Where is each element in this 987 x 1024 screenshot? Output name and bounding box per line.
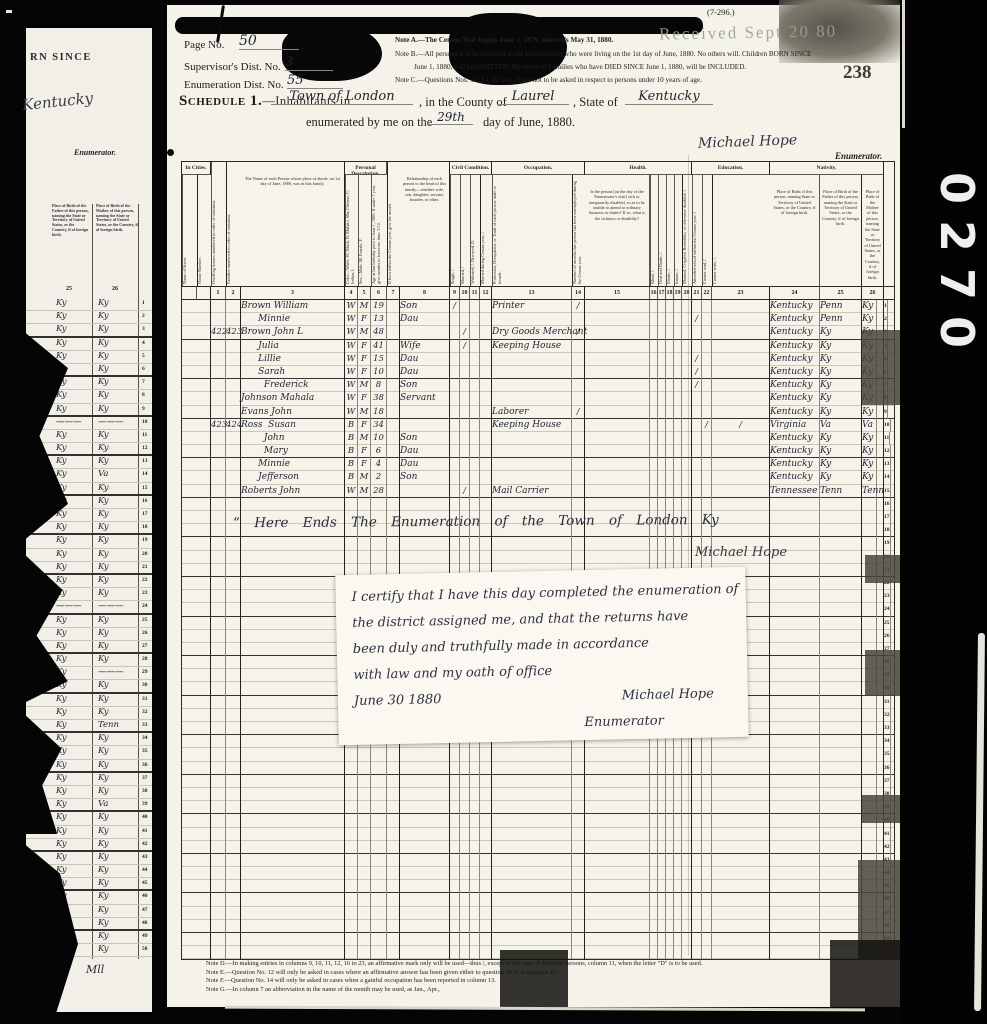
table-cell: [650, 801, 658, 814]
table-cell: [387, 326, 400, 339]
left-col25-number: 25: [66, 286, 72, 292]
table-cell: [674, 498, 682, 511]
table-row: 423424Ross SusanBF34Keeping House//Virgi…: [182, 419, 894, 432]
table-cell: [241, 590, 345, 603]
table-cell: [650, 920, 658, 933]
table-cell: [650, 419, 658, 432]
left-page-row: KyTenn33: [26, 720, 152, 733]
table-cell: [692, 893, 702, 906]
column-header: If born within the Census year, give the…: [387, 162, 400, 286]
table-cell: [862, 617, 884, 630]
table-cell: [692, 748, 702, 761]
left-page-cell: Ky: [98, 298, 136, 311]
table-cell: [480, 445, 492, 458]
left-row-number: 10: [142, 419, 148, 425]
left-row-number: 6: [142, 366, 145, 372]
table-cell: 423: [226, 326, 241, 339]
table-row: 46: [182, 893, 894, 906]
table-cell: [226, 788, 241, 801]
table-cell: [585, 326, 650, 339]
table-cell: M: [358, 485, 371, 498]
table-cell: [211, 577, 226, 590]
left-page-cell: Ky: [56, 615, 90, 628]
table-cell: [387, 366, 400, 379]
table-cell: [226, 801, 241, 814]
table-cell: Ky: [862, 406, 884, 419]
table-cell: [572, 814, 585, 827]
table-row: 41: [182, 828, 894, 841]
table-cell: [470, 893, 480, 906]
left-row-number: 25: [142, 617, 148, 623]
table-cell: /: [460, 340, 470, 353]
table-cell: [400, 788, 450, 801]
table-row: 20: [182, 551, 894, 564]
table-cell: [862, 537, 884, 550]
table-cell: [460, 406, 470, 419]
table-cell: [585, 366, 650, 379]
table-cell: Kentucky: [770, 445, 820, 458]
table-cell: [674, 471, 682, 484]
table-cell: [460, 471, 470, 484]
table-cell: Virginia: [770, 419, 820, 432]
table-cell: [702, 828, 712, 841]
table-cell: [702, 471, 712, 484]
table-cell: [470, 326, 480, 339]
table-cell: [460, 828, 470, 841]
row-number: 11: [884, 432, 890, 445]
table-cell: [572, 340, 585, 353]
table-cell: [820, 867, 862, 880]
table-cell: [862, 590, 884, 603]
column-number: 13: [492, 287, 572, 299]
table-cell: [345, 920, 358, 933]
table-cell: [197, 643, 211, 656]
table-cell: Ky: [820, 392, 862, 405]
column-header: Age at last birthday prior to June 1, 18…: [371, 175, 387, 286]
enumerator-signature: Michael Hope: [698, 132, 798, 151]
left-row-number: 44: [142, 867, 148, 873]
table-row: 422423Brown John LWM48/Dry Goods Merchan…: [182, 326, 894, 339]
table-cell: [480, 340, 492, 353]
table-cell: Va: [862, 419, 884, 432]
column-number: 19: [674, 287, 682, 299]
table-cell: [387, 313, 400, 326]
table-cell: [770, 933, 820, 946]
table-cell: [226, 867, 241, 880]
table-cell: [674, 907, 682, 920]
table-cell: F: [358, 353, 371, 366]
table-cell: F: [358, 392, 371, 405]
ink-dot: [167, 149, 174, 156]
table-cell: Dry Goods Merchant: [492, 326, 572, 339]
left-page-cell: Ky: [98, 562, 136, 575]
table-cell: [241, 867, 345, 880]
table-cell: [358, 762, 371, 775]
table-cell: [770, 590, 820, 603]
table-cell: [692, 801, 702, 814]
table-cell: [692, 788, 702, 801]
table-cell: [682, 366, 692, 379]
table-cell: [770, 854, 820, 867]
left-page-row: KyKy20: [26, 549, 152, 562]
table-cell: [460, 498, 470, 511]
table-row: JeffersonBM2SonKentuckyKyKy14: [182, 471, 894, 484]
table-cell: F: [358, 419, 371, 432]
table-cell: [572, 551, 585, 564]
table-cell: [702, 854, 712, 867]
table-cell: [480, 471, 492, 484]
table-cell: [585, 392, 650, 405]
table-cell: [692, 498, 702, 511]
table-cell: [480, 867, 492, 880]
table-cell: [820, 590, 862, 603]
table-cell: M: [358, 471, 371, 484]
table-cell: [658, 313, 666, 326]
left-row-number: 31: [142, 696, 148, 702]
left-row-number: 48: [142, 920, 148, 926]
left-row-number: 36: [142, 762, 148, 768]
table-cell: [345, 801, 358, 814]
table-cell: [712, 880, 770, 893]
table-cell: Dau: [400, 458, 450, 471]
table-cell: [197, 353, 211, 366]
table-cell: Ky: [820, 379, 862, 392]
table-cell: [666, 828, 674, 841]
table-cell: [572, 762, 585, 775]
table-cell: [211, 788, 226, 801]
column-number: 22: [702, 287, 712, 299]
table-cell: [387, 814, 400, 827]
column-header: Married during Census year, /.: [480, 175, 492, 286]
table-cell: [702, 814, 712, 827]
state-value: Kentucky: [625, 89, 713, 105]
table-cell: [226, 340, 241, 353]
table-cell: [492, 458, 572, 471]
table-cell: [197, 696, 211, 709]
table-cell: [820, 643, 862, 656]
table-cell: Kentucky: [770, 471, 820, 484]
table-cell: [770, 603, 820, 616]
left-page-cell: ———: [56, 601, 90, 614]
table-cell: [658, 907, 666, 920]
left-page-cell: Ky: [98, 694, 136, 707]
table-cell: [658, 537, 666, 550]
table-cell: [712, 867, 770, 880]
table-cell: [387, 419, 400, 432]
table-cell: [585, 841, 650, 854]
table-cell: [572, 379, 585, 392]
left-page-cell: Ky: [56, 311, 90, 324]
table-cell: [358, 867, 371, 880]
table-cell: Wife: [400, 340, 450, 353]
table-cell: [674, 432, 682, 445]
left-row-number: 26: [142, 630, 148, 636]
column-number: 9: [450, 287, 460, 299]
table-cell: [712, 379, 770, 392]
table-cell: [480, 748, 492, 761]
table-cell: [650, 828, 658, 841]
table-cell: [470, 828, 480, 841]
table-cell: [460, 313, 470, 326]
table-cell: [674, 419, 682, 432]
left-row-number: 3: [142, 326, 145, 332]
left-row-number: 5: [142, 353, 145, 359]
table-cell: [371, 537, 387, 550]
table-cell: [492, 920, 572, 933]
supervisors-dist-label: Supervisor's Dist. No.: [184, 61, 281, 73]
table-cell: [226, 458, 241, 471]
left-page-cell: Ky: [56, 535, 90, 548]
table-cell: [211, 775, 226, 788]
table-cell: [674, 748, 682, 761]
column-header: Idiotic, /.: [666, 175, 674, 286]
left-page-cell: Ky: [56, 760, 90, 773]
table-cell: [692, 485, 702, 498]
table-cell: W: [345, 326, 358, 339]
table-cell: [712, 498, 770, 511]
left-row-number: 37: [142, 775, 148, 781]
table-cell: [197, 577, 211, 590]
table-cell: [197, 366, 211, 379]
table-cell: [674, 392, 682, 405]
table-cell: [470, 814, 480, 827]
left-page-row: KyKy3: [26, 324, 152, 337]
left-page-cell: Ky: [56, 720, 90, 733]
table-cell: [241, 696, 345, 709]
table-cell: [650, 300, 658, 313]
table-cell: [572, 801, 585, 814]
table-cell: [470, 340, 480, 353]
table-cell: [470, 366, 480, 379]
left-page-cell: Ky: [56, 509, 90, 522]
table-cell: Kentucky: [770, 326, 820, 339]
table-cell: [480, 801, 492, 814]
left-page-cell: Ky: [98, 483, 136, 496]
table-cell: [666, 893, 674, 906]
stain: [865, 650, 900, 696]
table-cell: [400, 498, 450, 511]
table-cell: 10: [371, 432, 387, 445]
table-cell: [460, 748, 470, 761]
table-cell: [682, 748, 692, 761]
table-cell: [460, 933, 470, 946]
table-cell: /: [692, 379, 702, 392]
table-cell: [480, 326, 492, 339]
table-cell: [226, 933, 241, 946]
table-cell: /: [460, 485, 470, 498]
table-cell: [682, 801, 692, 814]
table-cell: [197, 445, 211, 458]
left-page-row: KyKy1: [26, 298, 152, 311]
table-cell: [658, 326, 666, 339]
left-page-row: KyKy31: [26, 694, 152, 707]
column-number: 11: [470, 287, 480, 299]
table-cell: [211, 511, 226, 524]
column-number: 12: [480, 287, 492, 299]
row-number: 10: [884, 419, 891, 432]
table-cell: [450, 392, 460, 405]
column-group-header: In Cities.: [182, 162, 211, 175]
table-cell: [460, 445, 470, 458]
table-cell: 4: [371, 458, 387, 471]
table-cell: [387, 551, 400, 564]
left-page-cell: Ky: [98, 575, 136, 588]
table-cell: [820, 814, 862, 827]
table-cell: Ky: [820, 445, 862, 458]
left-row-number: 28: [142, 656, 148, 662]
column-header: Place of Birth of the Father of this per…: [820, 175, 862, 286]
table-cell: [692, 300, 702, 313]
left-page-cell: Ky: [98, 522, 136, 535]
table-cell: [658, 814, 666, 827]
table-cell: [211, 907, 226, 920]
table-cell: [585, 788, 650, 801]
left-page-cell: Ky: [98, 944, 136, 957]
table-cell: /: [692, 313, 702, 326]
table-cell: [712, 392, 770, 405]
table-cell: [820, 682, 862, 695]
left-page-cell: Tenn: [98, 720, 136, 733]
left-page-bottom-fragment: Mll: [86, 963, 104, 976]
table-cell: [712, 458, 770, 471]
row-number: 31: [884, 696, 891, 709]
table-cell: [241, 656, 345, 669]
table-cell: [211, 867, 226, 880]
left-page-cell: Ky: [56, 456, 90, 469]
left-page-cell: Ky: [98, 826, 136, 839]
left-row-number: 18: [142, 524, 148, 530]
table-cell: [226, 406, 241, 419]
left-row-number: 17: [142, 511, 148, 517]
note-g: Note G.—In column 7 an abbreviation in t…: [206, 986, 702, 995]
table-cell: [692, 814, 702, 827]
table-cell: [211, 709, 226, 722]
note-f: Note F.—Question No. 14 will only be ask…: [206, 977, 702, 986]
born-since-fragment: RN SINCE: [30, 52, 92, 63]
table-cell: [862, 841, 884, 854]
table-cell: [241, 537, 345, 550]
table-cell: [666, 353, 674, 366]
table-cell: Ky: [862, 445, 884, 458]
table-cell: [666, 471, 674, 484]
table-cell: [572, 748, 585, 761]
table-cell: 422: [211, 326, 226, 339]
table-cell: [197, 458, 211, 471]
table-cell: [666, 392, 674, 405]
table-cell: 10: [371, 366, 387, 379]
table-row: 36: [182, 762, 894, 775]
left-page-cell: Ky: [56, 298, 90, 311]
table-cell: [470, 300, 480, 313]
table-cell: [387, 340, 400, 353]
left-page-enumerator-label: Enumerator.: [74, 148, 116, 157]
table-cell: [450, 326, 460, 339]
table-cell: [572, 920, 585, 933]
table-cell: [712, 366, 770, 379]
table-cell: [211, 617, 226, 630]
note-a: Note A.—The Census Year begins June 1, 1…: [395, 36, 613, 44]
table-cell: [197, 946, 211, 959]
left-row-number: 49: [142, 933, 148, 939]
table-cell: [712, 445, 770, 458]
left-page-cell: Ky: [98, 628, 136, 641]
left-page-cell: Ky: [56, 469, 90, 482]
table-cell: [387, 946, 400, 959]
table-cell: Kentucky: [770, 392, 820, 405]
table-cell: [211, 590, 226, 603]
table-cell: [666, 933, 674, 946]
table-cell: [358, 893, 371, 906]
table-cell: [572, 471, 585, 484]
table-cell: [585, 893, 650, 906]
table-cell: [211, 498, 226, 511]
left-page-cell: Ky: [98, 430, 136, 443]
table-cell: [770, 920, 820, 933]
table-cell: [211, 722, 226, 735]
table-cell: [492, 551, 572, 564]
table-cell: [358, 920, 371, 933]
table-cell: [650, 471, 658, 484]
table-cell: [702, 841, 712, 854]
left-page-cell: Ky: [98, 918, 136, 931]
table-cell: [197, 682, 211, 695]
table-cell: [197, 933, 211, 946]
table-cell: W: [345, 353, 358, 366]
table-cell: [682, 933, 692, 946]
table-cell: [650, 432, 658, 445]
table-cell: [666, 867, 674, 880]
left-page-cell: Ky: [56, 641, 90, 654]
left-page-cell: Ky: [56, 694, 90, 707]
left-page-cell: Ky: [98, 615, 136, 628]
table-cell: [387, 841, 400, 854]
column-group-header: Personal Description.: [345, 162, 387, 175]
table-cell: [241, 551, 345, 564]
row-number: 25: [884, 617, 891, 630]
table-cell: [211, 300, 226, 313]
column-number: 1: [211, 287, 226, 299]
table-cell: [702, 907, 712, 920]
table-cell: [387, 353, 400, 366]
table-cell: [480, 392, 492, 405]
table-cell: [345, 498, 358, 511]
table-cell: [674, 841, 682, 854]
table-cell: [211, 353, 226, 366]
left-page-cell: Ky: [98, 852, 136, 865]
stain: [862, 795, 900, 823]
table-cell: [666, 748, 674, 761]
table-cell: Kentucky: [770, 458, 820, 471]
table-cell: [387, 854, 400, 867]
place-value: Town of London: [271, 89, 413, 105]
table-cell: [197, 485, 211, 498]
table-cell: [820, 880, 862, 893]
row-number: 42: [884, 841, 891, 854]
table-cell: Minnie: [241, 313, 345, 326]
table-cell: [692, 340, 702, 353]
table-cell: [572, 841, 585, 854]
table-cell: [692, 841, 702, 854]
table-cell: [197, 669, 211, 682]
table-cell: [770, 907, 820, 920]
table-cell: Kentucky: [770, 432, 820, 445]
left-page-cell: Ky: [56, 549, 90, 562]
table-cell: [371, 828, 387, 841]
table-cell: [460, 788, 470, 801]
table-cell: [682, 432, 692, 445]
table-cell: [666, 313, 674, 326]
left-page-cell: Ky: [98, 931, 136, 944]
